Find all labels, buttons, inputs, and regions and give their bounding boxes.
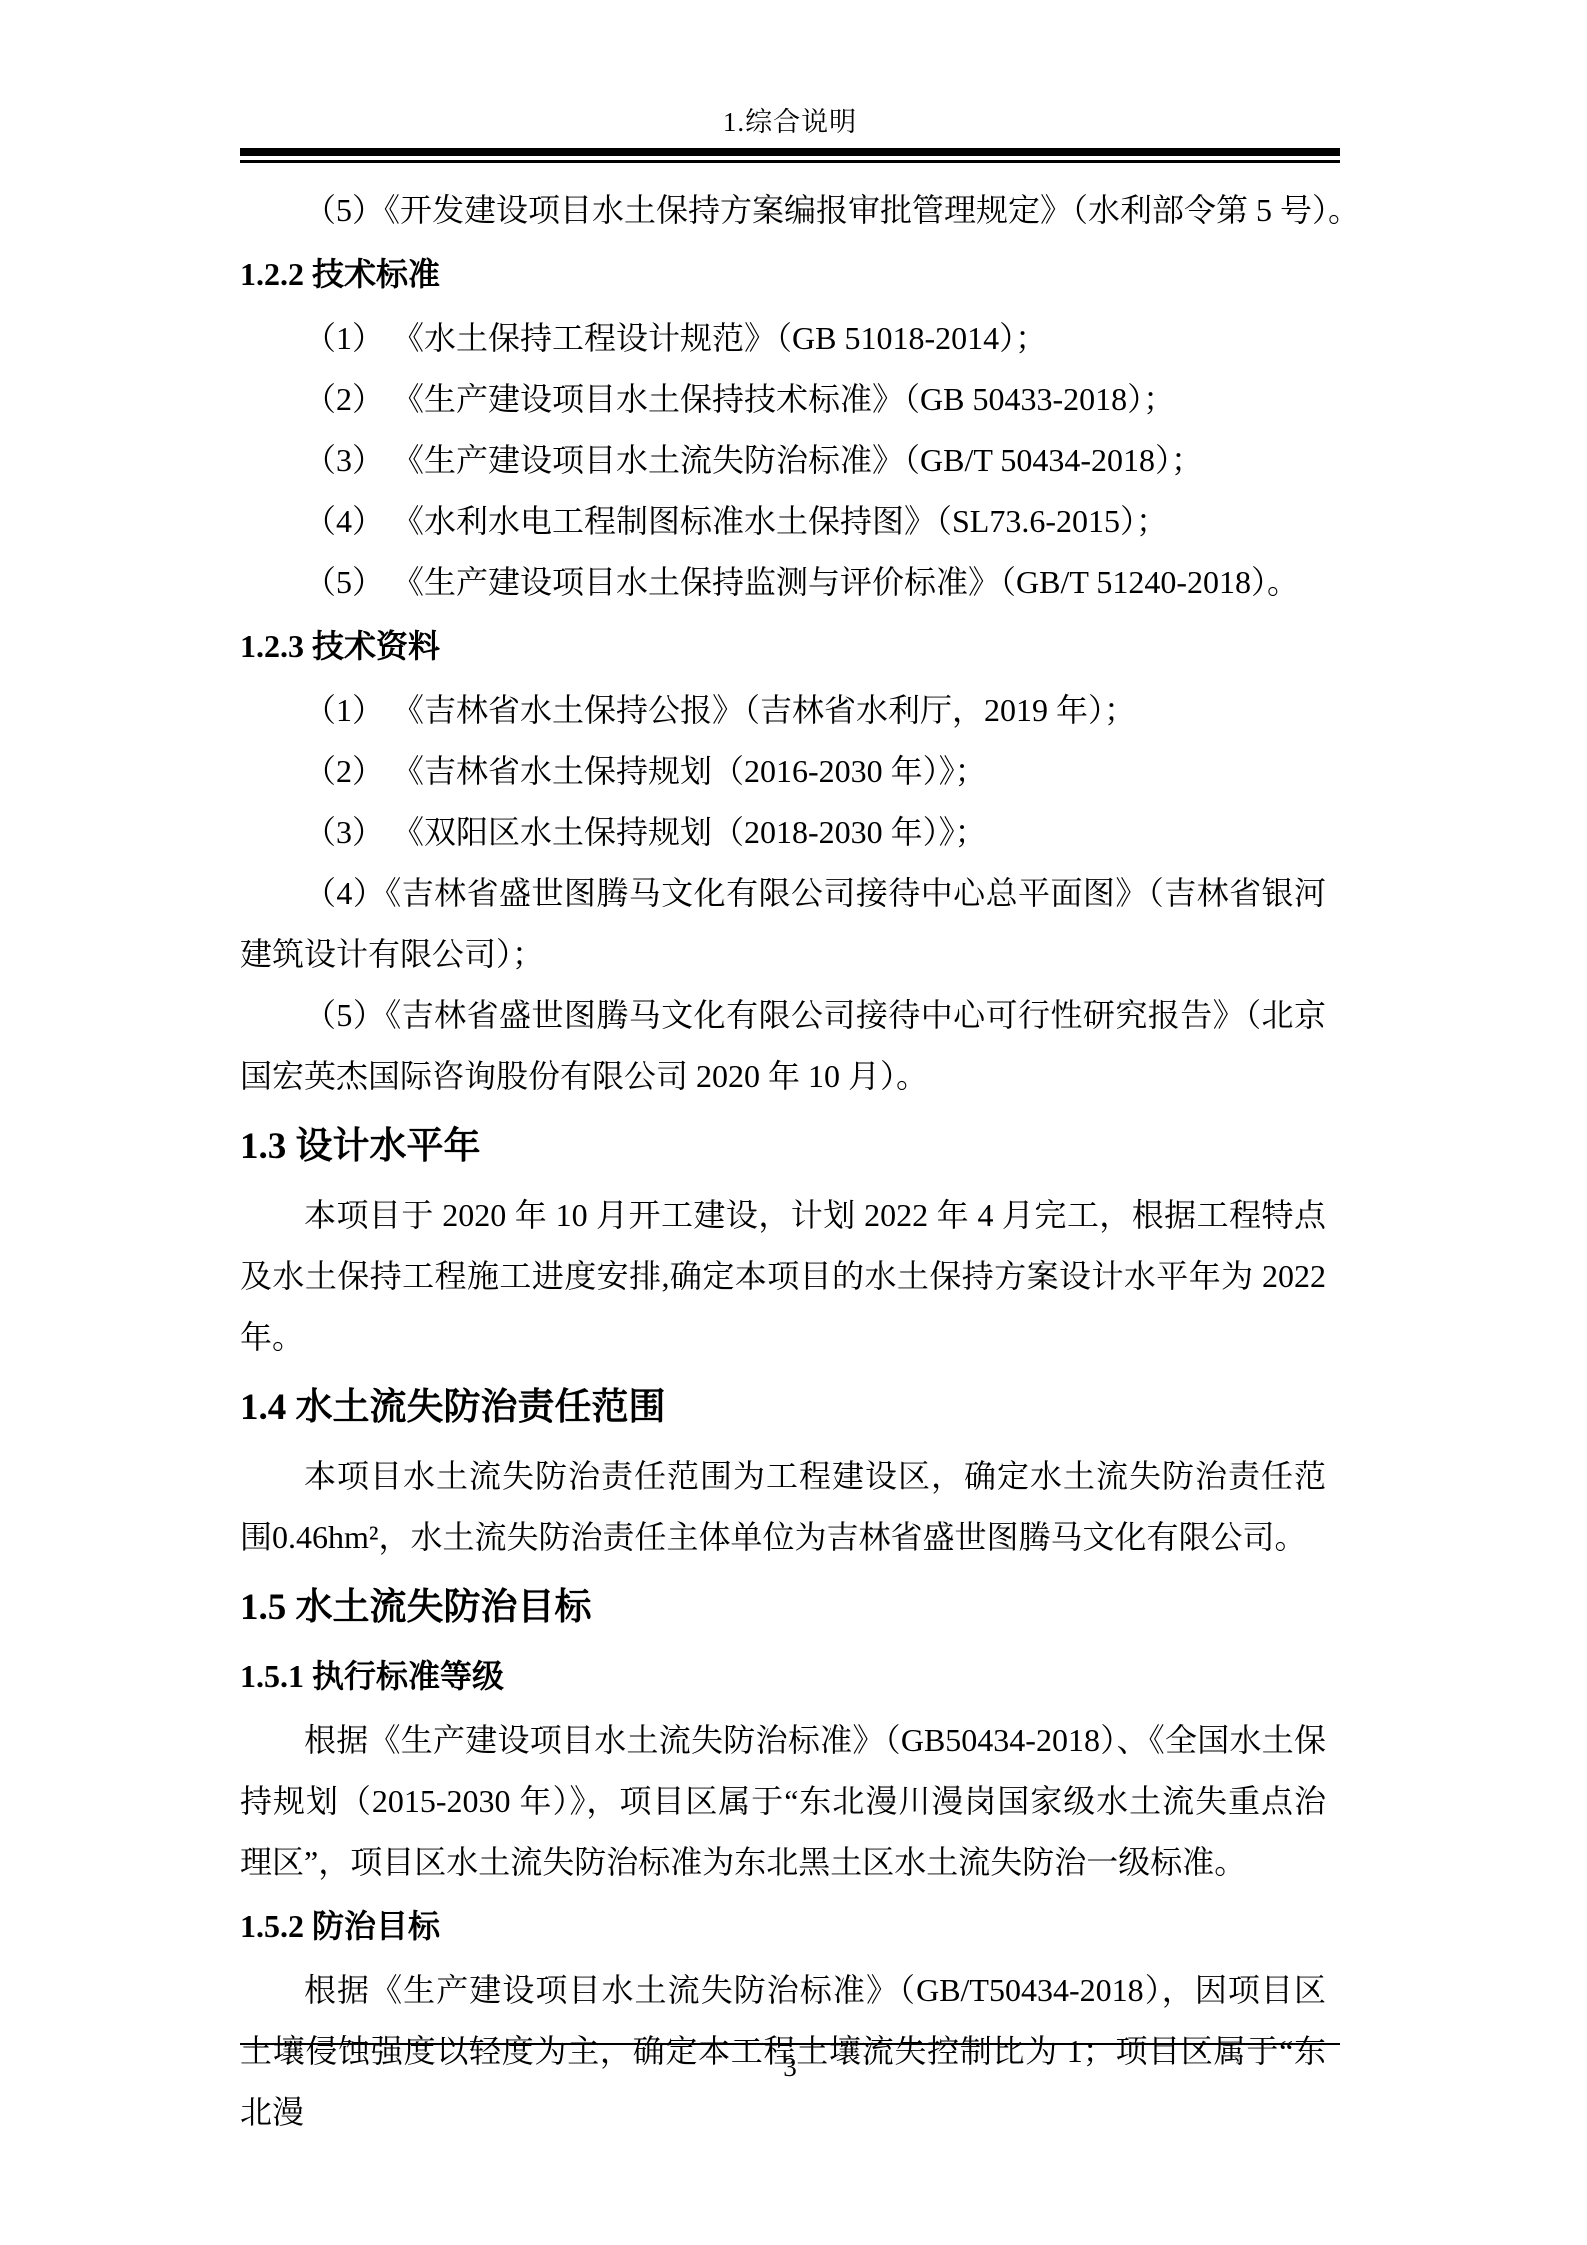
document-page: 1.综合说明 （5）《开发建设项目水土保持方案编报审批管理规定》（水利部令第 5… [0,0,1587,2245]
body-paragraph: （4）《吉林省盛世图腾马文化有限公司接待中心总平面图》（吉林省银河建筑设计有限公… [240,863,1326,985]
section-heading: 1.4 水土流失防治责任范围 [240,1376,1326,1440]
list-item: （5） 《生产建设项目水土保持监测与评价标准》（GB/T 51240-2018）… [240,552,1326,613]
subsection-heading: 1.5.2 防治目标 [240,1896,1326,1957]
section-heading: 1.3 设计水平年 [240,1115,1326,1179]
list-item: （3） 《生产建设项目水土流失防治标准》（GB/T 50434-2018）； [240,430,1326,491]
list-item: （1） 《水土保持工程设计规范》（GB 51018-2014）； [240,308,1326,369]
document-body: （5）《开发建设项目水土保持方案编报审批管理规定》（水利部令第 5 号）。1.2… [240,180,1326,2143]
body-paragraph: 本项目于 2020 年 10 月开工建设，计划 2022 年 4 月完工，根据工… [240,1185,1326,1368]
list-item: （1） 《吉林省水土保持公报》（吉林省水利厅，2019 年）； [240,680,1326,741]
subsection-heading: 1.2.2 技术标准 [240,244,1326,305]
list-item: （4） 《水利水电工程制图标准水土保持图》（SL73.6-2015）； [240,491,1326,552]
body-paragraph: 根据《生产建设项目水土流失防治标准》（GB50434-2018）、《全国水土保持… [240,1710,1326,1893]
page-header: 1.综合说明 [240,104,1340,140]
header-title: 1.综合说明 [723,107,857,137]
page-number: 3 [240,2050,1340,2084]
list-item: （5）《开发建设项目水土保持方案编报审批管理规定》（水利部令第 5 号）。 [240,180,1326,241]
header-rule-thin [240,160,1340,163]
body-paragraph: （5）《吉林省盛世图腾马文化有限公司接待中心可行性研究报告》（北京国宏英杰国际咨… [240,985,1326,1107]
header-rule-thick [240,148,1340,156]
list-item: （2） 《生产建设项目水土保持技术标准》（GB 50433-2018）； [240,369,1326,430]
footer-rule [240,2043,1340,2045]
subsection-heading: 1.5.1 执行标准等级 [240,1646,1326,1707]
body-paragraph: 本项目水土流失防治责任范围为工程建设区，确定水土流失防治责任范围0.46hm²，… [240,1446,1326,1568]
list-item: （2） 《吉林省水土保持规划（2016-2030 年）》； [240,741,1326,802]
list-item: （3） 《双阳区水土保持规划（2018-2030 年）》； [240,802,1326,863]
subsection-heading: 1.2.3 技术资料 [240,616,1326,677]
section-heading: 1.5 水土流失防治目标 [240,1576,1326,1640]
